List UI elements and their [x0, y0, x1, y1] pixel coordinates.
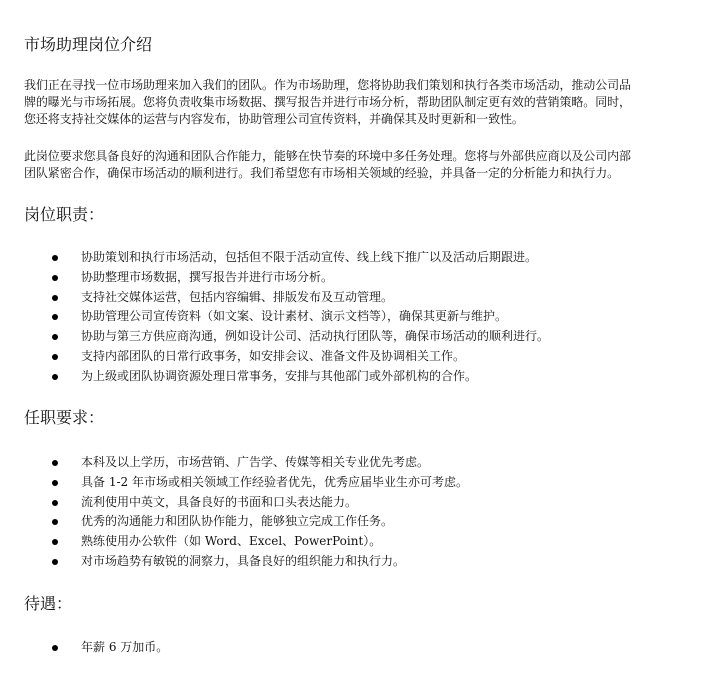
- bullet-icon: [52, 460, 58, 466]
- list-item: 协助管理公司宣传资料（如文案、设计素材、演示文档等），确保其更新与维护。: [0, 307, 702, 327]
- list-item: 熟练使用办公软件（如 Word、Excel、PowerPoint）。: [0, 532, 702, 552]
- list-item: 协助整理市场数据，撰写报告并进行市场分析。: [0, 268, 702, 288]
- intro-paragraph-2: 此岗位要求您具备良好的沟通和团队合作能力，能够在快节奏的环境中多任务处理。您将与…: [24, 148, 692, 182]
- benefits-list: 年薪 6 万加币。: [0, 638, 702, 658]
- bullet-icon: [52, 500, 58, 506]
- bullet-icon: [52, 645, 58, 651]
- list-item: 支持社交媒体运营，包括内容编辑、排版发布及互动管理。: [0, 288, 702, 308]
- list-item: 流利使用中英文，具备良好的书面和口头表达能力。: [0, 493, 702, 513]
- document-title: 市场助理岗位介绍: [24, 35, 152, 55]
- list-item: 协助策划和执行市场活动，包括但不限于活动宣传、线上线下推广以及活动后期跟进。: [0, 248, 702, 268]
- bullet-icon: [52, 374, 58, 380]
- document-page: 市场助理岗位介绍 我们正在寻找一位市场助理来加入我们的团队。作为市场助理，您将协…: [0, 0, 702, 688]
- responsibilities-list: 协助策划和执行市场活动，包括但不限于活动宣传、线上线下推广以及活动后期跟进。 协…: [0, 248, 702, 387]
- bullet-icon: [52, 559, 58, 565]
- paragraph-line: 牌的曝光与市场拓展。您将负责收集市场数据、撰写报告并进行市场分析，帮助团队制定更…: [24, 94, 692, 111]
- paragraph-line: 您还将支持社交媒体的运营与内容发布，协助管理公司宣传资料，并确保其及时更新和一致…: [24, 111, 692, 128]
- bullet-icon: [52, 354, 58, 360]
- bullet-icon: [52, 539, 58, 545]
- requirements-list: 本科及以上学历，市场营销、广告学、传媒等相关专业优先考虑。 具备 1-2 年市场…: [0, 453, 702, 572]
- list-item: 协助与第三方供应商沟通，例如设计公司、活动执行团队等，确保市场活动的顺利进行。: [0, 327, 702, 347]
- list-item: 优秀的沟通能力和团队协作能力，能够独立完成工作任务。: [0, 512, 702, 532]
- paragraph-line: 我们正在寻找一位市场助理来加入我们的团队。作为市场助理，您将协助我们策划和执行各…: [24, 77, 692, 94]
- intro-paragraph-1: 我们正在寻找一位市场助理来加入我们的团队。作为市场助理，您将协助我们策划和执行各…: [24, 77, 692, 128]
- list-item: 本科及以上学历，市场营销、广告学、传媒等相关专业优先考虑。: [0, 453, 702, 473]
- section-heading-responsibilities: 岗位职责：: [24, 205, 104, 225]
- bullet-icon: [52, 314, 58, 320]
- section-heading-benefits: 待遇：: [24, 594, 72, 614]
- bullet-icon: [52, 295, 58, 301]
- section-heading-requirements: 任职要求：: [24, 408, 104, 428]
- bullet-icon: [52, 255, 58, 261]
- list-item: 支持内部团队的日常行政事务，如安排会议、准备文件及协调相关工作。: [0, 347, 702, 367]
- list-item: 对市场趋势有敏锐的洞察力，具备良好的组织能力和执行力。: [0, 552, 702, 572]
- bullet-icon: [52, 334, 58, 340]
- paragraph-line: 此岗位要求您具备良好的沟通和团队合作能力，能够在快节奏的环境中多任务处理。您将与…: [24, 148, 692, 165]
- list-item: 年薪 6 万加币。: [0, 638, 702, 658]
- bullet-icon: [52, 519, 58, 525]
- list-item: 具备 1-2 年市场或相关领域工作经验者优先，优秀应届毕业生亦可考虑。: [0, 473, 702, 493]
- bullet-icon: [52, 275, 58, 281]
- bullet-icon: [52, 480, 58, 486]
- paragraph-line: 团队紧密合作，确保市场活动的顺利进行。我们希望您有市场相关领域的经验，并具备一定…: [24, 165, 692, 182]
- list-item: 为上级或团队协调资源处理日常事务，安排与其他部门或外部机构的合作。: [0, 367, 702, 387]
